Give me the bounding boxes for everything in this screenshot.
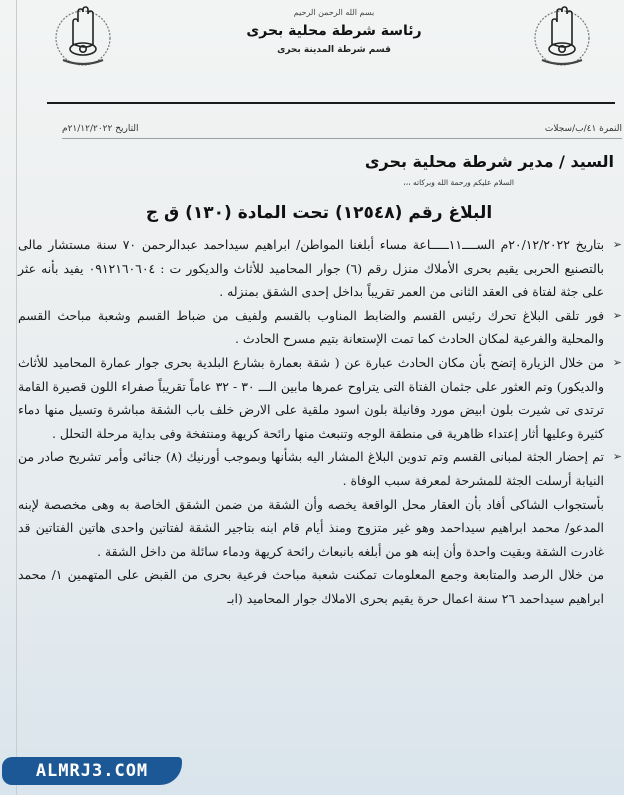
paragraph-1: ➢ بتاريخ ٢٠/١٢/٢٠٢٢م الســــ١١ـــــاعة م…	[18, 233, 624, 304]
arrow-bullet-icon: ➢	[613, 445, 622, 469]
paragraph-text: بتاريخ ٢٠/١٢/٢٠٢٢م الســــ١١ـــــاعة مسا…	[18, 237, 604, 299]
arrow-bullet-icon: ➢	[613, 304, 622, 328]
police-report-document: بسم الله الرحمن الرحيم رئاسة شرطة محلية …	[14, 0, 624, 795]
police-emblem-icon	[530, 4, 594, 74]
paragraph-4: ➢ تم إحضار الجثة لمبانى القسم وتم تدوين …	[18, 445, 624, 492]
report-title: البلاغ رقم (١٢٥٤٨) تحت المادة (١٣٠) ق ج	[14, 203, 624, 223]
letterhead: بسم الله الرحمن الرحيم رئاسة شرطة محلية …	[204, 8, 464, 55]
paragraph-text: من خلال الزيارة إتضح بأن مكان الحادث عبا…	[18, 355, 604, 441]
paragraph-text: تم إحضار الجثة لمبانى القسم وتم تدوين ال…	[18, 449, 604, 488]
paragraph-text: بأستجواب الشاكى أفاد بأن العقار محل الوا…	[18, 497, 604, 559]
paragraph-3: ➢ من خلال الزيارة إتضح بأن مكان الحادث ع…	[18, 351, 624, 445]
police-emblem-icon	[51, 4, 115, 74]
addressee: السيد / مدير شرطة محلية بحرى	[365, 152, 614, 171]
organization-subtitle: قسم شرطة المدينة بحرى	[204, 45, 464, 55]
paragraph-5: بأستجواب الشاكى أفاد بأن العقار محل الوا…	[18, 493, 624, 564]
basmala: بسم الله الرحمن الرحيم	[204, 8, 464, 17]
arrow-bullet-icon: ➢	[613, 233, 622, 257]
site-watermark-badge: ALMRJ3.COM	[2, 757, 182, 785]
reference-date: التاريخ ٢١/١٢/٢٠٢٢م	[62, 124, 139, 134]
paragraph-6: من خلال الرصد والمتابعة وجمع المعلومات ت…	[18, 563, 624, 610]
paragraph-text: فور تلقى البلاغ تحرك رئيس القسم والضابط …	[18, 308, 604, 347]
greeting: السلام عليكم ورحمة الله وبركاته ،،،	[403, 178, 514, 187]
reference-row: النمرة ٤١/ب/سجلات التاريخ ٢١/١٢/٢٠٢٢م	[62, 122, 622, 139]
paragraph-text: من خلال الرصد والمتابعة وجمع المعلومات ت…	[18, 567, 604, 606]
reference-number: النمرة ٤١/ب/سجلات	[545, 124, 622, 134]
report-body: ➢ بتاريخ ٢٠/١٢/٢٠٢٢م الســــ١١ـــــاعة م…	[18, 233, 624, 611]
arrow-bullet-icon: ➢	[613, 351, 622, 375]
header-divider	[47, 102, 615, 104]
organization-title: رئاسة شرطة محلية بحرى	[204, 23, 464, 39]
paragraph-2: ➢ فور تلقى البلاغ تحرك رئيس القسم والضاب…	[18, 304, 624, 351]
